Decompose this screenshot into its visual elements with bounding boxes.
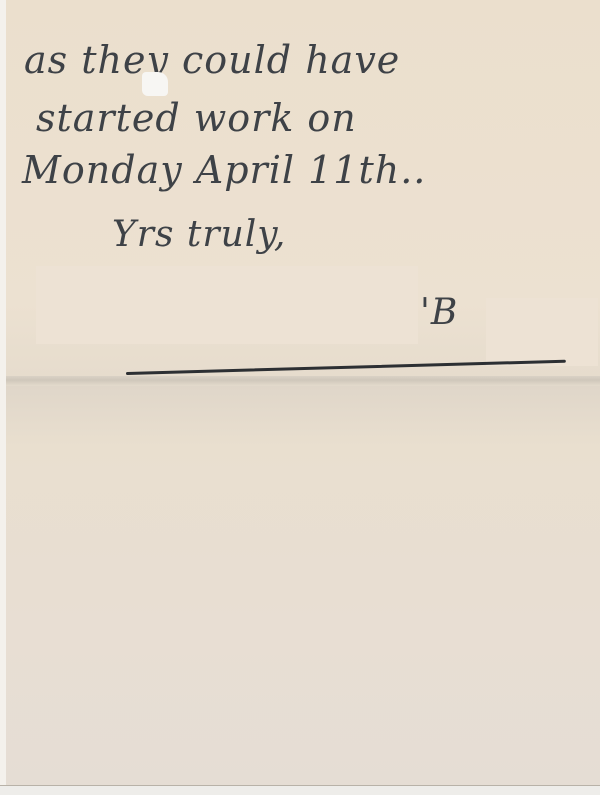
paper-fold: [0, 376, 600, 386]
lower-sheet: [0, 386, 600, 786]
handwritten-line-1: as they could have: [24, 38, 400, 82]
handwritten-line-3: Monday April 11th..: [22, 148, 426, 192]
redaction-box-1: [36, 266, 418, 344]
handwritten-line-2: started work on: [36, 96, 357, 140]
letter-page: as they could have started work on Monda…: [0, 0, 600, 795]
closing-salutation: Yrs truly,: [112, 214, 286, 255]
paper-hole: [142, 72, 168, 96]
scan-bottom-edge: [0, 785, 600, 795]
redaction-box-2: [486, 298, 598, 366]
signature-fragment: 'B: [420, 292, 458, 333]
scan-edge: [0, 0, 6, 795]
